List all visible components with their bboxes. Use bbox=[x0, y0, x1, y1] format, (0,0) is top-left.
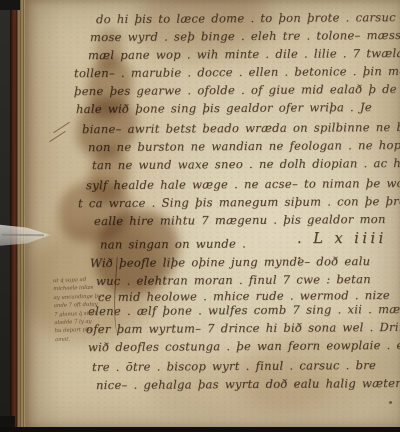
text-line: tre . ōtre . biscop wyrt . finul . carsu… bbox=[92, 358, 376, 374]
text-line: hale wið þone sing þis gealdor ofer wriþ… bbox=[76, 100, 372, 116]
text-line: tan ne wund waxe sneo . ne dolh diopian … bbox=[92, 156, 400, 172]
text-line: elene . ælf þone . wulfes comb 7 sing . … bbox=[88, 302, 400, 318]
text-line: nice– . gehalga þas wyrta doð ealu halig… bbox=[96, 376, 400, 392]
photo-background-top-corner bbox=[0, 0, 20, 10]
text-line: wuc . elehtran moran . finul 7 cwe : bet… bbox=[96, 272, 371, 288]
photo-background-bottom bbox=[0, 427, 400, 432]
text-line: sylf healde hale wæge . ne acse– to nima… bbox=[86, 176, 400, 192]
text-line: do hi þis to læce dome . to þon þrote . … bbox=[96, 10, 400, 26]
text-line: ofer þam wyrtum– 7 drince hi bið sona we… bbox=[86, 320, 400, 336]
pointer-tab bbox=[0, 220, 50, 250]
text-line: non ne burston ne wandian ne feologan . … bbox=[88, 138, 400, 154]
photo-background-left bbox=[0, 0, 10, 432]
text-line: nan singan on wunde . bbox=[100, 236, 246, 251]
book-spine-binding bbox=[10, 0, 17, 432]
text-line: þene þes gearwe . ofolde . of giue mid e… bbox=[74, 82, 397, 98]
text-line: tollen– . marubie . docce . ellen . beto… bbox=[74, 64, 400, 80]
slash-mark bbox=[49, 131, 65, 142]
slash-mark bbox=[53, 122, 69, 133]
parchment-page: do hi þis to læce dome . to þon þrote . … bbox=[25, 0, 400, 428]
chapter-numeral: . L x iiii . bbox=[297, 231, 400, 263]
manuscript-photo: do hi þis to læce dome . to þon þrote . … bbox=[0, 0, 400, 432]
nota-double-slash-mark bbox=[52, 127, 78, 149]
text-line: t ca wrace . Sing þis manegum siþum . co… bbox=[78, 194, 400, 211]
text-line: mose wyrd . seþ binge . eleh tre . tolon… bbox=[90, 28, 400, 44]
ink-speck bbox=[389, 401, 392, 404]
text-line: ealle hire mihtu 7 mægenu . þis gealdor … bbox=[94, 212, 386, 228]
text-line: mæl pane wop . wih minte . dile . lilie … bbox=[88, 46, 400, 62]
text-line: wið deofles costunga . þe wan feorn eowp… bbox=[88, 338, 400, 354]
text-line: biane– awrit betst beado wræda on spilbi… bbox=[82, 120, 400, 136]
marginal-note: ut q̄ supa ad michaele inlize ay uncundi… bbox=[53, 275, 117, 344]
